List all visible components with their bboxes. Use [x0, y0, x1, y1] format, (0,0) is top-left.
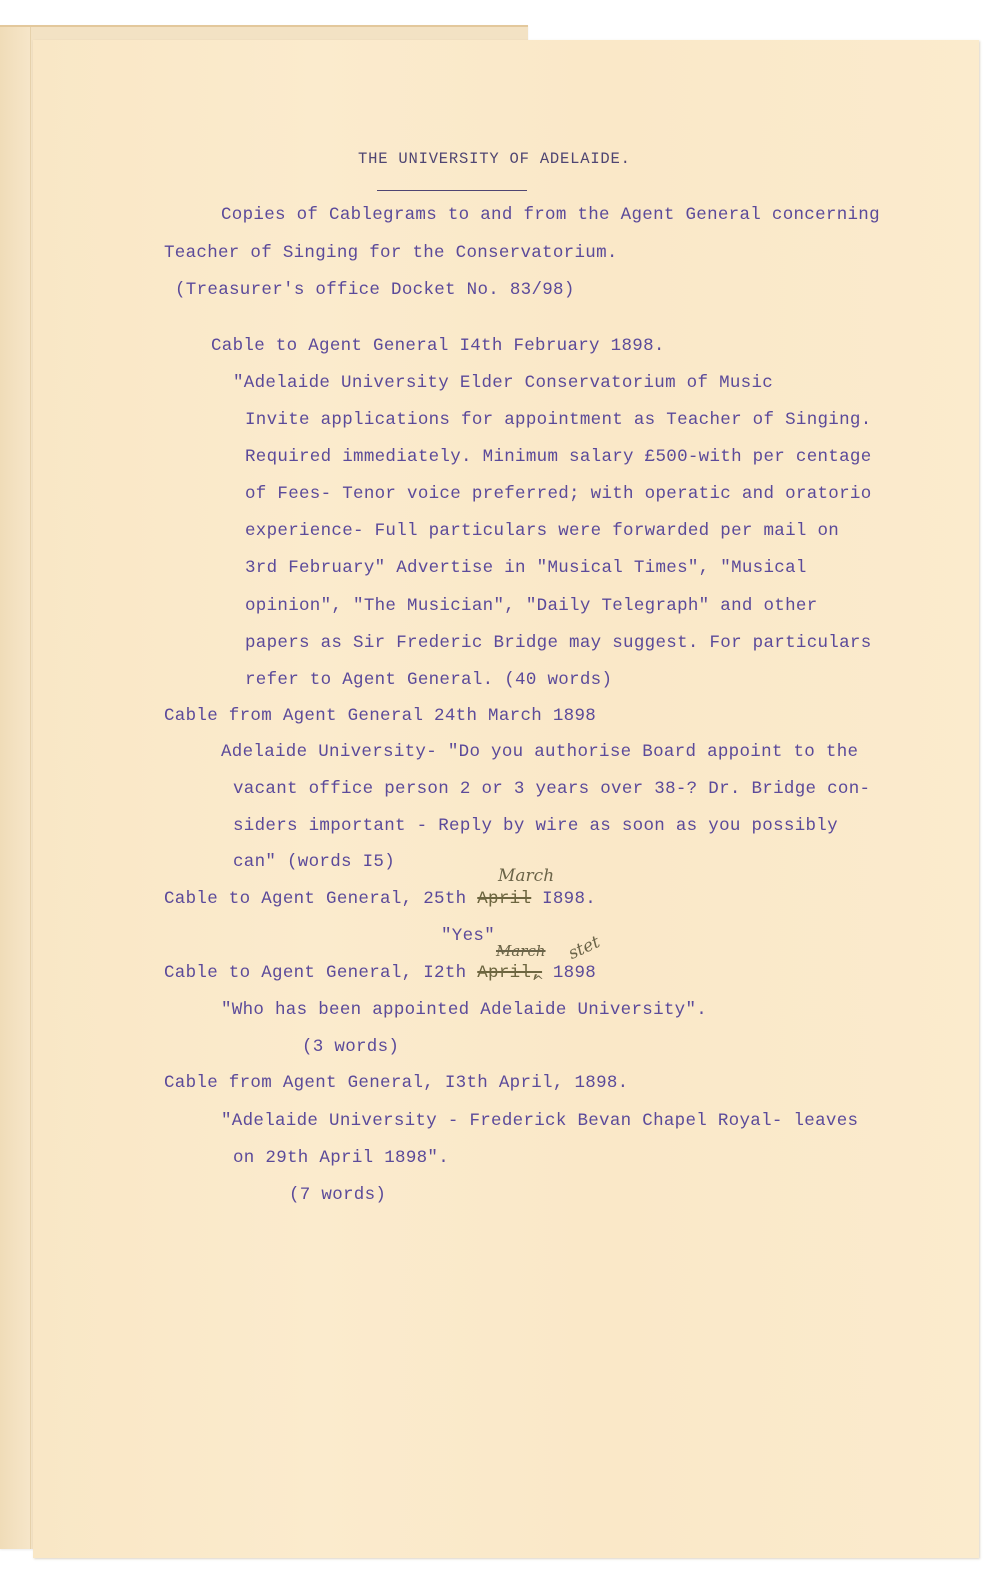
cable1-line: experience- Full particulars were forwar…	[245, 521, 839, 541]
cable4-heading: Cable to Agent General, I2th April, 1898	[164, 963, 596, 983]
cable5-heading: Cable from Agent General, I3th April, 18…	[164, 1073, 628, 1093]
cable1-line: "Adelaide University Elder Conservatoriu…	[233, 373, 773, 393]
cable1-line: Required immediately. Minimum salary £50…	[245, 447, 872, 467]
handwritten-struck-word: March	[496, 942, 546, 960]
intro-line-1: Copies of Cablegrams to and from the Age…	[221, 205, 880, 225]
document-title: THE UNIVERSITY OF ADELAIDE.	[358, 150, 631, 168]
cable2-line: Adelaide University- "Do you authorise B…	[221, 742, 858, 762]
cable3-heading-prefix: Cable to Agent General, 25th	[164, 889, 477, 909]
docket-reference: (Treasurer's office Docket No. 83/98)	[175, 280, 575, 300]
cable1-line: of Fees- Tenor voice preferred; with ope…	[245, 484, 872, 504]
cable1-line: opinion", "The Musician", "Daily Telegra…	[245, 596, 818, 616]
cable3-body: "Yes"	[441, 926, 495, 946]
cable1-line: 3rd February" Advertise in "Musical Time…	[245, 558, 807, 578]
title-underline	[377, 190, 527, 191]
cable2-heading: Cable from Agent General 24th March 1898	[164, 706, 596, 726]
cable1-line: Invite applications for appointment as T…	[245, 410, 872, 430]
struck-out-word: April	[477, 889, 531, 909]
cable1-line: papers as Sir Frederic Bridge may sugges…	[245, 633, 872, 653]
cable4-body: "Who has been appointed Adelaide Univers…	[221, 1000, 707, 1020]
caret-mark: ^	[533, 974, 544, 989]
cable1-line: refer to Agent General. (40 words)	[245, 670, 612, 690]
cable3-heading: Cable to Agent General, 25th April I898.	[164, 889, 596, 909]
document-page	[33, 40, 979, 1558]
cable1-heading: Cable to Agent General I4th February 189…	[211, 336, 665, 356]
intro-line-2: Teacher of Singing for the Conservatoriu…	[164, 243, 618, 263]
handwritten-correction: March	[498, 866, 554, 886]
cable5-line: "Adelaide University - Frederick Bevan C…	[221, 1111, 858, 1131]
cable2-line: vacant office person 2 or 3 years over 3…	[233, 779, 870, 799]
cable4-word-count: (3 words)	[302, 1037, 399, 1057]
page-fold	[0, 27, 31, 1549]
cable4-heading-suffix: 1898	[542, 963, 596, 983]
cable5-line: on 29th April 1898".	[233, 1148, 449, 1168]
cable2-line: can" (words I5)	[233, 852, 395, 872]
cable4-heading-prefix: Cable to Agent General, I2th	[164, 963, 477, 983]
cable2-line: siders important - Reply by wire as soon…	[233, 816, 838, 836]
cable5-word-count: (7 words)	[289, 1185, 386, 1205]
cable3-heading-suffix: I898.	[531, 889, 596, 909]
